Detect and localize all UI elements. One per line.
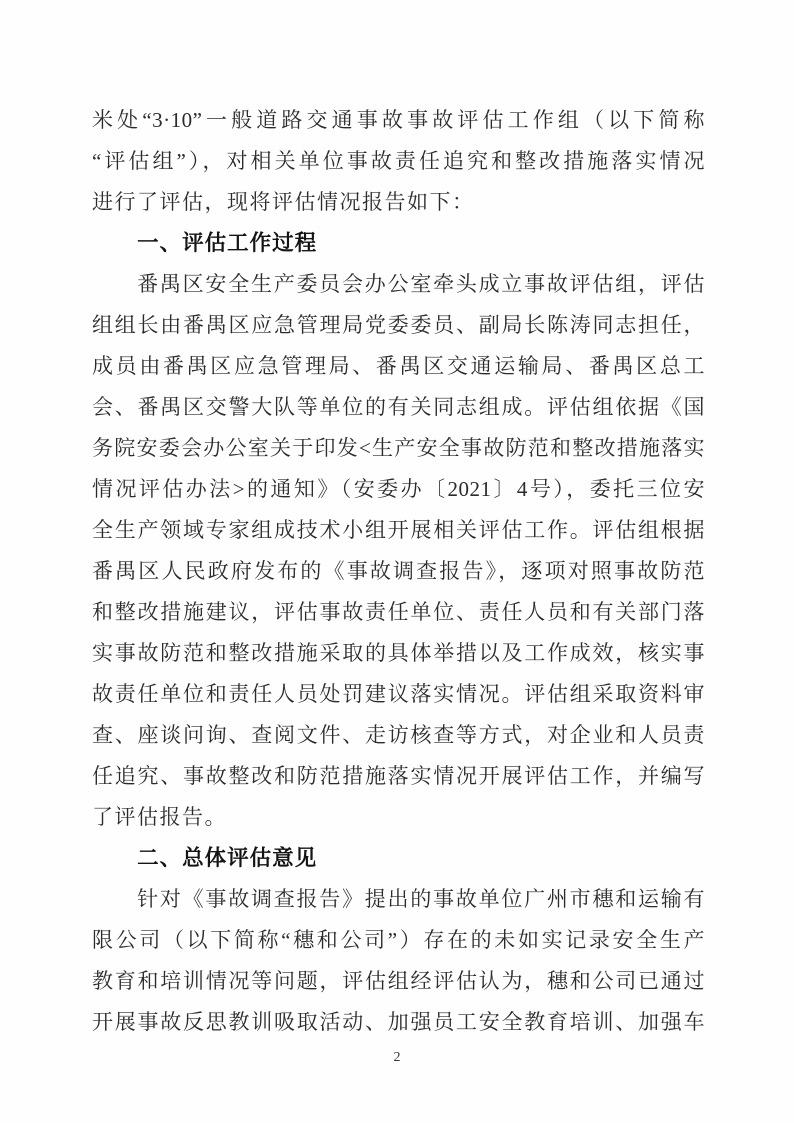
paragraph-overall-opinion: 针对《事故调查报告》提出的事故单位广州市穗和运输有限公司（以下简称“穗和公司”）… (92, 879, 705, 1043)
text-line: 故责任单位和责任人员处罚建议落实情况。评估组采取资料审 (92, 674, 705, 715)
text-line: 针对《事故调查报告》提出的事故单位广州市穗和运输有 (92, 879, 705, 920)
text-line: “评估组”），对相关单位事故责任追究和整改措施落实情况 (92, 141, 705, 182)
text-line: 会、番禺区交警大队等单位的有关同志组成。评估组依据《国 (92, 387, 705, 428)
section-heading-1: 一、评估工作过程 (92, 223, 705, 264)
text-line: 成员由番禺区应急管理局、番禺区交通运输局、番禺区总工 (92, 346, 705, 387)
text-line: 教育和培训情况等问题，评估组经评估认为，穗和公司已通过 (92, 961, 705, 1002)
text-line: 务院安委会办公室关于印发<生产安全事故防范和整改措施落实 (92, 428, 705, 469)
text-line: 情况评估办法>的通知》（安委办〔2021〕4号），委托三位安 (92, 469, 705, 510)
page-number: 2 (0, 1048, 794, 1068)
text-line: 番禺区安全生产委员会办公室牵头成立事故评估组，评估 (92, 264, 705, 305)
text-line: 番禺区人民政府发布的《事故调查报告》，逐项对照事故防范 (92, 551, 705, 592)
section-heading-2: 二、总体评估意见 (92, 838, 705, 879)
text-line: 查、座谈问询、查阅文件、走访核查等方式，对企业和人员责 (92, 715, 705, 756)
text-line: 了评估报告。 (92, 797, 705, 838)
text-line: 限公司（以下简称“穗和公司”）存在的未如实记录安全生产 (92, 920, 705, 961)
text-line: 任追究、事故整改和防范措施落实情况开展评估工作，并编写 (92, 756, 705, 797)
text-line: 开展事故反思教训吸取活动、加强员工安全教育培训、加强车 (92, 1002, 705, 1043)
document-page: 米处“3·10”一般道路交通事故事故评估工作组（以下简称“评估组”），对相关单位… (0, 0, 794, 1123)
text-line: 米处“3·10”一般道路交通事故事故评估工作组（以下简称 (92, 100, 705, 141)
text-line: 进行了评估，现将评估情况报告如下： (92, 182, 705, 223)
text-line: 实事故防范和整改措施采取的具体举措以及工作成效，核实事 (92, 633, 705, 674)
document-body: 米处“3·10”一般道路交通事故事故评估工作组（以下简称“评估组”），对相关单位… (92, 100, 705, 1043)
text-line: 组组长由番禺区应急管理局党委委员、副局长陈涛同志担任， (92, 305, 705, 346)
text-line: 和整改措施建议，评估事故责任单位、责任人员和有关部门落 (92, 592, 705, 633)
paragraph-evaluation-process: 番禺区安全生产委员会办公室牵头成立事故评估组，评估组组长由番禺区应急管理局党委委… (92, 264, 705, 838)
text-line: 全生产领域专家组成技术小组开展相关评估工作。评估组根据 (92, 510, 705, 551)
paragraph-continued-intro: 米处“3·10”一般道路交通事故事故评估工作组（以下简称“评估组”），对相关单位… (92, 100, 705, 223)
